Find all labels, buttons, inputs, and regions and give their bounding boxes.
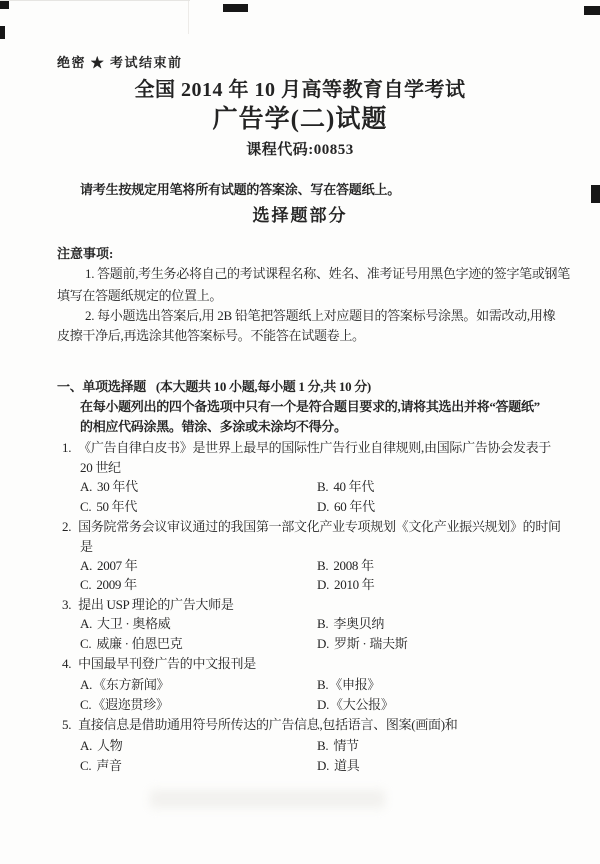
scan-mark-top-center xyxy=(223,4,248,12)
note-line: 2. 每小题选出答案后,用 2B 铅笔把答题纸上对应题目的答案标号涂黑。如需改动… xyxy=(85,308,555,324)
option-c: C.2009 年 xyxy=(80,577,137,593)
course-code: 课程代码:00853 xyxy=(0,141,600,160)
option-d: D.道具 xyxy=(317,758,359,774)
scan-mark-left-edge xyxy=(0,26,5,39)
scan-edge-artifact xyxy=(188,1,189,34)
option-b: B.李奥贝纳 xyxy=(317,616,384,632)
part1-instruction-line: 在每小题列出的四个备选项中只有一个是符合题目要求的,请将其选出并将“答题纸” xyxy=(80,399,540,415)
paper-title: 广告学(二)试题 xyxy=(0,104,600,135)
option-b: B.2008 年 xyxy=(317,558,374,574)
scan-mark-right-edge xyxy=(591,185,600,203)
option-a: A.30 年代 xyxy=(80,479,138,495)
option-d: D.罗斯 · 瑞夫斯 xyxy=(317,636,407,652)
question-number: 1. xyxy=(62,440,71,456)
question-number: 4. xyxy=(62,656,71,672)
question-number: 5. xyxy=(62,717,71,733)
part1-instruction-line: 的相应代码涂黑。错涂、多涂或未涂均不得分。 xyxy=(80,419,347,435)
question-number: 2. xyxy=(62,519,71,535)
scan-edge-artifact xyxy=(0,0,190,1)
question-stem-line: 20 世纪 xyxy=(80,460,121,476)
classification-label: 绝密 ★ 考试结束前 xyxy=(57,55,183,71)
exam-title: 全国 2014 年 10 月高等教育自学考试 xyxy=(0,78,600,103)
option-b: B.《申报》 xyxy=(317,677,380,693)
part1-heading: 一、单项选择题(本大题共 10 小题,每小题 1 分,共 10 分) xyxy=(57,379,371,395)
question-stem-line: 4.中国最早刊登广告的中文报刊是 xyxy=(62,656,256,672)
option-d: D.2010 年 xyxy=(317,577,375,593)
question-number: 3. xyxy=(62,597,71,613)
note-line: 填写在答题纸规定的位置上。 xyxy=(57,288,222,304)
option-a: A.人物 xyxy=(80,738,122,754)
scan-mark-top-left xyxy=(0,0,9,9)
section-title: 选择题部分 xyxy=(0,205,600,226)
exam-paper-page: 绝密 ★ 考试结束前 全国 2014 年 10 月高等教育自学考试 广告学(二)… xyxy=(0,0,600,864)
option-d: D.60 年代 xyxy=(317,499,375,515)
option-a: A.大卫 · 奥格威 xyxy=(80,616,170,632)
question-stem-line: 5.直接信息是借助通用符号所传达的广告信息,包括语言、图案(画面)和 xyxy=(62,717,457,733)
option-c: C.威廉 · 伯恩巴克 xyxy=(80,636,182,652)
notes-title: 注意事项: xyxy=(57,246,113,262)
part1-heading-note: (本大题共 10 小题,每小题 1 分,共 10 分) xyxy=(156,379,371,394)
option-a: A.《东方新闻》 xyxy=(80,677,169,693)
question-stem-line: 是 xyxy=(80,539,93,555)
note-line: 1. 答题前,考生务必将自己的考试课程名称、姓名、准考证号用黑色字迹的签字笔或钢… xyxy=(85,266,570,282)
option-a: A.2007 年 xyxy=(80,558,138,574)
note-line: 皮擦干净后,再选涂其他答案标号。不能答在试题卷上。 xyxy=(57,328,365,344)
option-b: B.情节 xyxy=(317,738,359,754)
question-stem-line: 1.《广告自律白皮书》是世界上最早的国际性广告行业自律规则,由国际广告协会发表于 xyxy=(62,440,551,456)
option-b: B.40 年代 xyxy=(317,479,374,495)
scan-smudge xyxy=(150,790,385,808)
part1-heading-label: 一、单项选择题 xyxy=(57,379,146,394)
candidate-notice: 请考生按规定用笔将所有试题的答案涂、写在答题纸上。 xyxy=(80,182,400,198)
question-stem-line: 2.国务院常务会议审议通过的我国第一部文化产业专项规划《文化产业振兴规划》的时间 xyxy=(62,519,561,535)
question-stem-line: 3.提出 USP 理论的广告大师是 xyxy=(62,597,234,613)
option-c: C.声音 xyxy=(80,758,122,774)
option-c: C.《遐迩贯珍》 xyxy=(80,697,169,713)
option-d: D.《大公报》 xyxy=(317,697,394,713)
scan-mark-top-right xyxy=(584,6,600,15)
option-c: C.50 年代 xyxy=(80,499,137,515)
